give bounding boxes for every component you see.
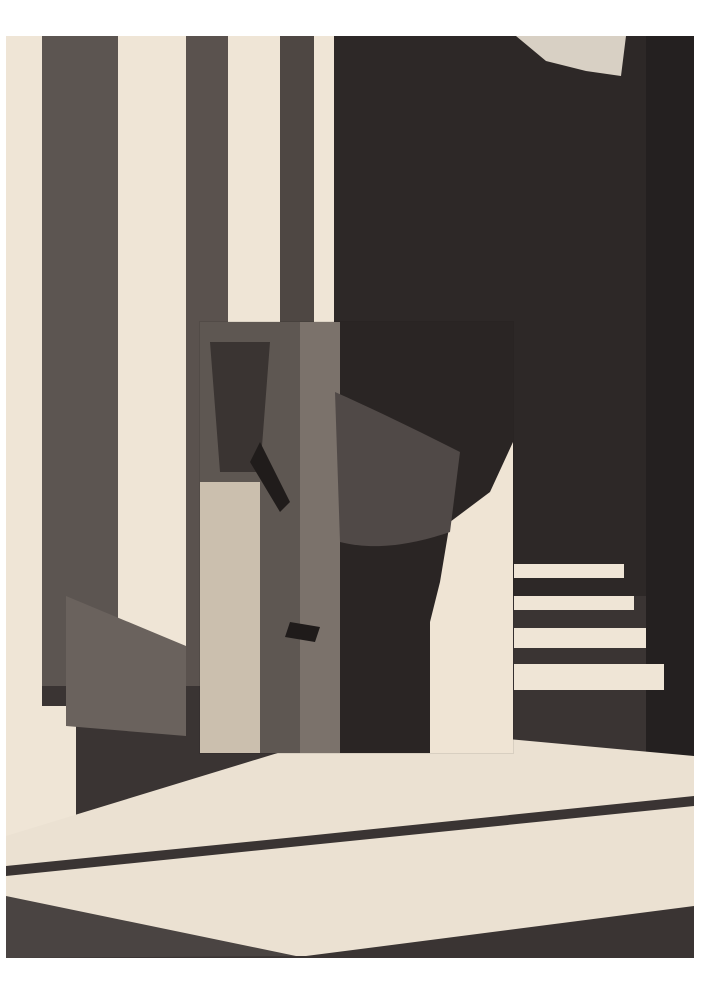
river-landscape-illustration: [200, 322, 513, 753]
collage-page: [0, 0, 709, 1002]
inset-river-photo: [200, 322, 513, 753]
